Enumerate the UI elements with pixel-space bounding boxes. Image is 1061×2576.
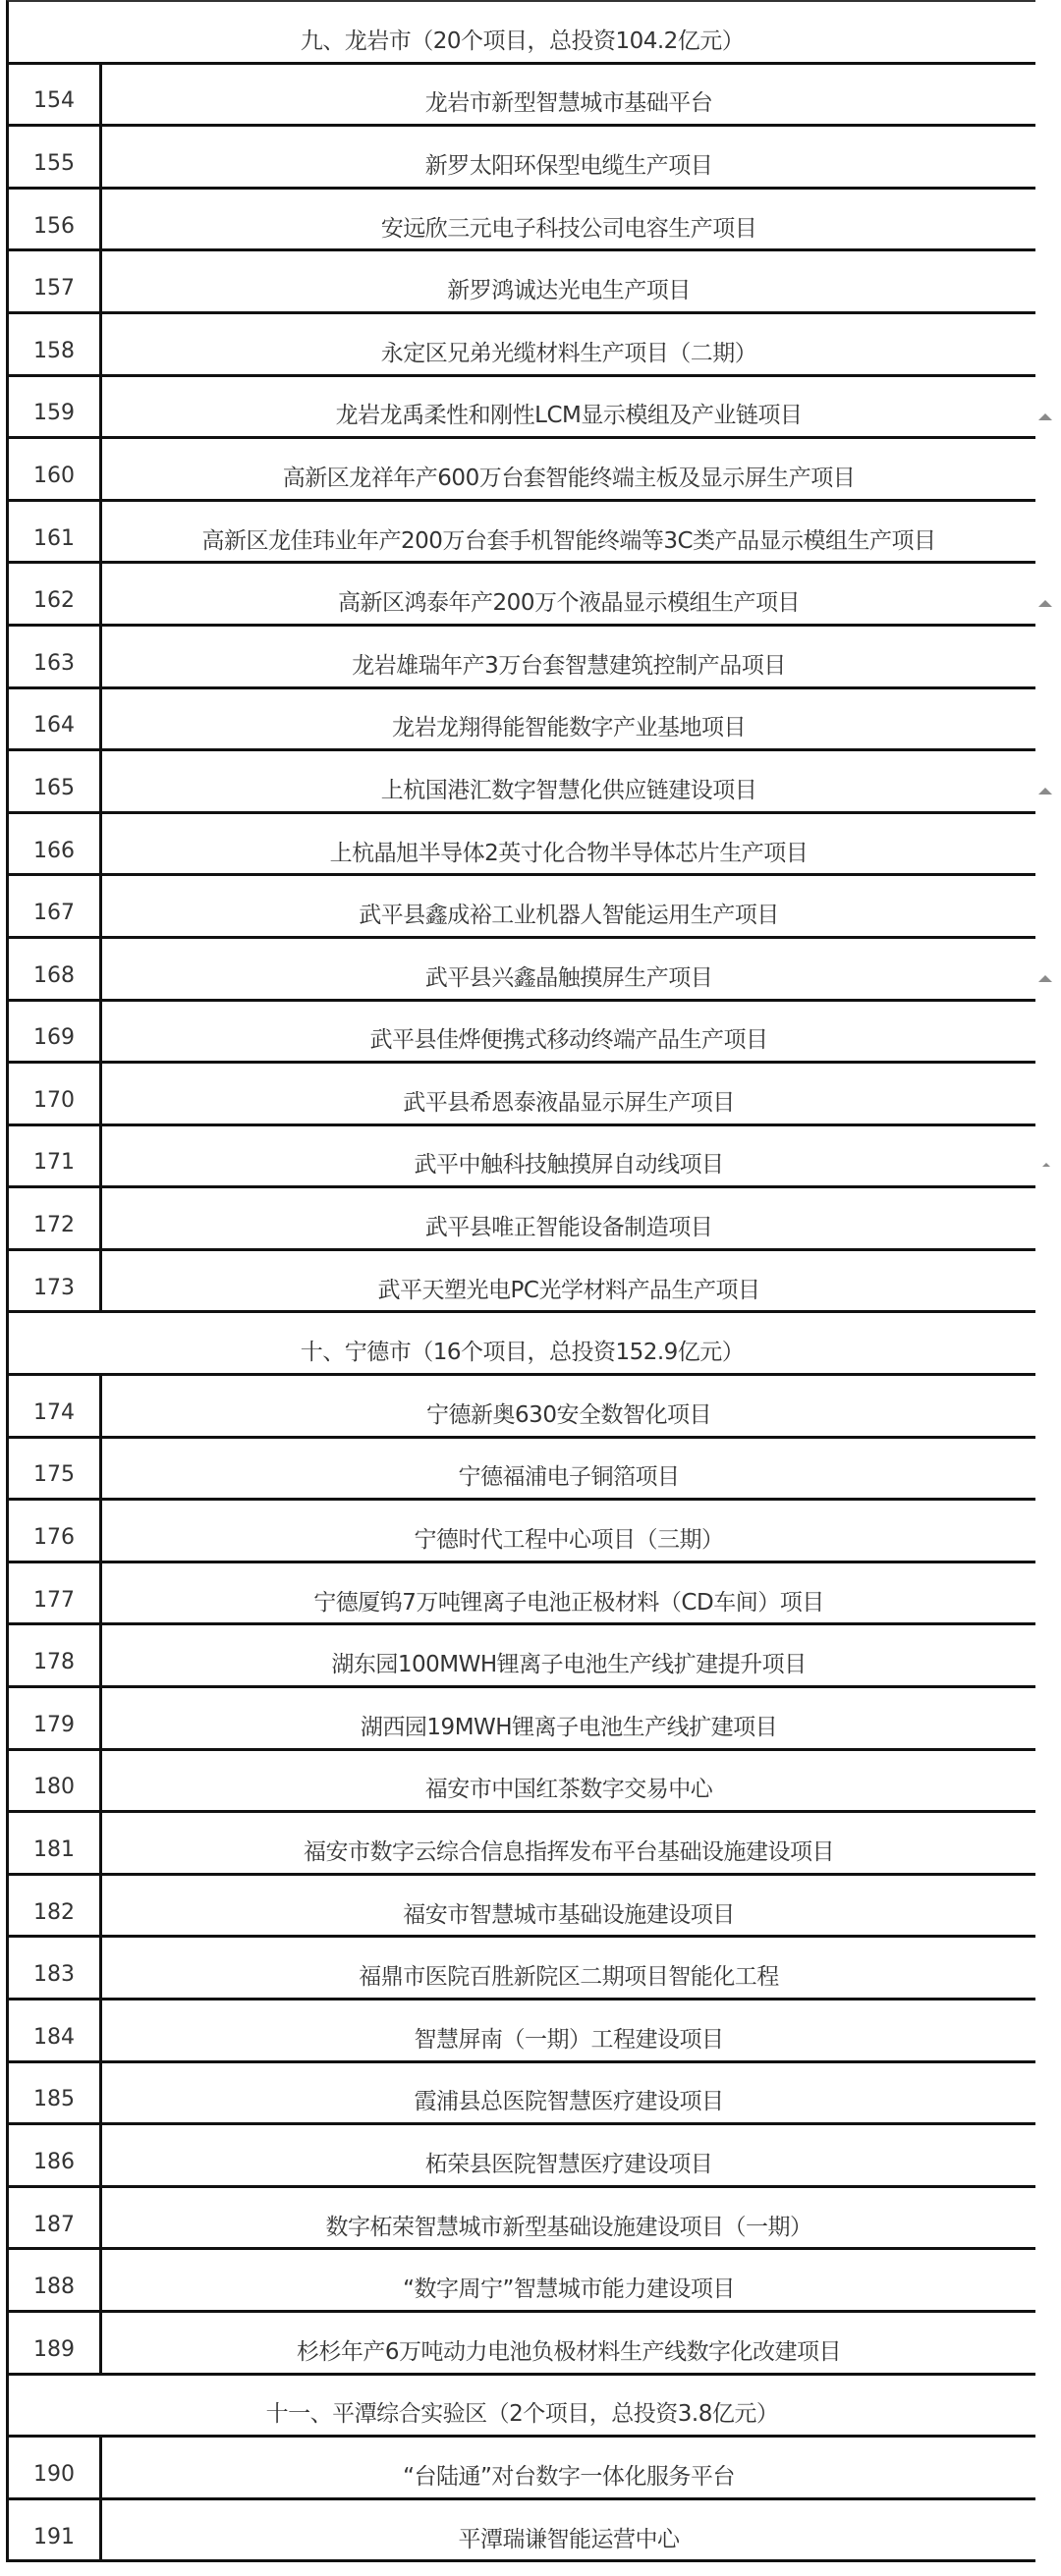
project-name: 柘荣县医院智慧医疗建设项目 (102, 2125, 1035, 2185)
project-name: “数字周宁”智慧城市能力建设项目 (102, 2250, 1035, 2310)
table-row: 155新罗太阳环保型电缆生产项目 (9, 127, 1035, 190)
project-name: 上杭晶旭半导体2英寸化合物半导体芯片生产项目 (102, 814, 1035, 874)
project-name: 高新区鸿泰年产200万个液晶显示模组生产项目 (102, 564, 1035, 624)
table-row: 176宁德时代工程中心项目（三期） (9, 1501, 1035, 1563)
table-row: 161高新区龙佳玮业年产200万台套手机智能终端等3C类产品显示模组生产项目 (9, 502, 1035, 565)
project-name: 武平县鑫成裕工业机器人智能运用生产项目 (102, 876, 1035, 936)
table-row: 165上杭国港汇数字智慧化供应链建设项目 (9, 751, 1035, 814)
project-name: 宁德福浦电子铜箔项目 (102, 1439, 1035, 1499)
row-number: 179 (9, 1688, 102, 1748)
project-name: 福鼎市医院百胜新院区二期项目智能化工程 (102, 1938, 1035, 1998)
row-number: 163 (9, 627, 102, 686)
project-name: “台陆通”对台数字一体化服务平台 (102, 2438, 1035, 2497)
row-number: 176 (9, 1501, 102, 1561)
row-number: 167 (9, 876, 102, 936)
section-header-longyan: 九、龙岩市（20个项目，总投资104.2亿元） (9, 2, 1035, 65)
project-name: 智慧屏南（一期）工程建设项目 (102, 2001, 1035, 2060)
project-name: 高新区龙佳玮业年产200万台套手机智能终端等3C类产品显示模组生产项目 (102, 502, 1035, 562)
row-number: 175 (9, 1439, 102, 1499)
project-name: 武平中触科技触摸屏自动线项目 (102, 1126, 1035, 1186)
row-number: 158 (9, 314, 102, 374)
project-name: 永定区兄弟光缆材料生产项目（二期） (102, 314, 1035, 374)
triangle-marker-icon (1038, 788, 1052, 795)
table-row: 156安远欣三元电子科技公司电容生产项目 (9, 190, 1035, 252)
table-row: 185霞浦县总医院智慧医疗建设项目 (9, 2063, 1035, 2126)
table-row: 162高新区鸿泰年产200万个液晶显示模组生产项目 (9, 564, 1035, 627)
table-row: 182福安市智慧城市基础设施建设项目 (9, 1876, 1035, 1939)
table-row: 187数字柘荣智慧城市新型基础设施建设项目（一期） (9, 2188, 1035, 2251)
table-row: 157新罗鸿诚达光电生产项目 (9, 251, 1035, 314)
table-row: 184智慧屏南（一期）工程建设项目 (9, 2001, 1035, 2063)
row-number: 182 (9, 1876, 102, 1936)
table-row: 167武平县鑫成裕工业机器人智能运用生产项目 (9, 876, 1035, 939)
section-header-ningde: 十、宁德市（16个项目，总投资152.9亿元） (9, 1313, 1035, 1376)
table-row: 189杉杉年产6万吨动力电池负极材料生产线数字化改建项目 (9, 2313, 1035, 2376)
project-name: 霞浦县总医院智慧医疗建设项目 (102, 2063, 1035, 2123)
row-number: 190 (9, 2438, 102, 2497)
row-number: 183 (9, 1938, 102, 1998)
row-number: 159 (9, 377, 102, 437)
table-row: 173武平天塑光电PC光学材料产品生产项目 (9, 1251, 1035, 1314)
project-name: 武平县希恩泰液晶显示屏生产项目 (102, 1064, 1035, 1124)
table-row: 174宁德新奥630安全数智化项目 (9, 1376, 1035, 1439)
table-row: 181福安市数字云综合信息指挥发布平台基础设施建设项目 (9, 1813, 1035, 1876)
table-row: 172武平县唯正智能设备制造项目 (9, 1188, 1035, 1251)
row-number: 165 (9, 751, 102, 811)
table-row: 171武平中触科技触摸屏自动线项目 (9, 1126, 1035, 1189)
row-number: 170 (9, 1064, 102, 1124)
table-row: 178湖东园100MWH锂离子电池生产线扩建提升项目 (9, 1625, 1035, 1688)
row-number: 177 (9, 1563, 102, 1623)
project-name: 龙岩市新型智慧城市基础平台 (102, 65, 1035, 125)
project-name: 武平县兴鑫晶触摸屏生产项目 (102, 939, 1035, 999)
project-name: 新罗鸿诚达光电生产项目 (102, 251, 1035, 311)
project-name: 宁德厦钨7万吨锂离子电池正极材料（CD车间）项目 (102, 1563, 1035, 1623)
row-number: 171 (9, 1126, 102, 1186)
table-row: 190“台陆通”对台数字一体化服务平台 (9, 2438, 1035, 2500)
row-number: 189 (9, 2313, 102, 2373)
row-number: 154 (9, 65, 102, 125)
triangle-marker-icon (1038, 600, 1052, 607)
row-number: 164 (9, 689, 102, 749)
triangle-marker-icon (1038, 413, 1052, 420)
project-name: 高新区龙祥年产600万台套智能终端主板及显示屏生产项目 (102, 439, 1035, 499)
row-number: 191 (9, 2500, 102, 2560)
project-name: 杉杉年产6万吨动力电池负极材料生产线数字化改建项目 (102, 2313, 1035, 2373)
table-row: 186柘荣县医院智慧医疗建设项目 (9, 2125, 1035, 2188)
row-number: 185 (9, 2063, 102, 2123)
project-name: 安远欣三元电子科技公司电容生产项目 (102, 190, 1035, 249)
row-number: 172 (9, 1188, 102, 1248)
table-row: 154龙岩市新型智慧城市基础平台 (9, 65, 1035, 128)
row-number: 156 (9, 190, 102, 249)
row-number: 180 (9, 1751, 102, 1811)
table-row: 175宁德福浦电子铜箔项目 (9, 1439, 1035, 1502)
project-name: 平潭瑞谦智能运营中心 (102, 2500, 1035, 2560)
row-number: 160 (9, 439, 102, 499)
project-name: 武平天塑光电PC光学材料产品生产项目 (102, 1251, 1035, 1311)
triangle-marker-icon (1042, 1163, 1050, 1167)
row-number: 166 (9, 814, 102, 874)
project-name: 上杭国港汇数字智慧化供应链建设项目 (102, 751, 1035, 811)
table-row: 169武平县佳烨便携式移动终端产品生产项目 (9, 1002, 1035, 1065)
project-name: 福安市中国红茶数字交易中心 (102, 1751, 1035, 1811)
project-name: 龙岩雄瑞年产3万台套智慧建筑控制产品项目 (102, 627, 1035, 686)
table-row: 160高新区龙祥年产600万台套智能终端主板及显示屏生产项目 (9, 439, 1035, 502)
table-row: 159龙岩龙禹柔性和刚性LCM显示模组及产业链项目 (9, 377, 1035, 440)
project-name: 数字柘荣智慧城市新型基础设施建设项目（一期） (102, 2188, 1035, 2248)
row-number: 174 (9, 1376, 102, 1436)
row-number: 184 (9, 2001, 102, 2060)
row-number: 162 (9, 564, 102, 624)
table-row: 158永定区兄弟光缆材料生产项目（二期） (9, 314, 1035, 377)
table-row: 188“数字周宁”智慧城市能力建设项目 (9, 2250, 1035, 2313)
row-number: 188 (9, 2250, 102, 2310)
project-name: 湖东园100MWH锂离子电池生产线扩建提升项目 (102, 1625, 1035, 1685)
table-row: 163龙岩雄瑞年产3万台套智慧建筑控制产品项目 (9, 627, 1035, 689)
row-number: 173 (9, 1251, 102, 1311)
row-number: 178 (9, 1625, 102, 1685)
table-row: 166上杭晶旭半导体2英寸化合物半导体芯片生产项目 (9, 814, 1035, 877)
table-row: 170武平县希恩泰液晶显示屏生产项目 (9, 1064, 1035, 1126)
row-number: 181 (9, 1813, 102, 1873)
project-name: 武平县佳烨便携式移动终端产品生产项目 (102, 1002, 1035, 1062)
row-number: 186 (9, 2125, 102, 2185)
row-number: 168 (9, 939, 102, 999)
table-row: 191平潭瑞谦智能运营中心 (9, 2500, 1035, 2563)
section-title: 十、宁德市（16个项目，总投资152.9亿元） (9, 1313, 1035, 1373)
row-number: 155 (9, 127, 102, 187)
project-name: 武平县唯正智能设备制造项目 (102, 1188, 1035, 1248)
project-name: 福安市智慧城市基础设施建设项目 (102, 1876, 1035, 1936)
row-number: 157 (9, 251, 102, 311)
project-name: 龙岩龙翔得能智能数字产业基地项目 (102, 689, 1035, 749)
project-name: 宁德新奥630安全数智化项目 (102, 1376, 1035, 1436)
triangle-marker-icon (1038, 975, 1052, 982)
row-number: 187 (9, 2188, 102, 2248)
table-row: 168武平县兴鑫晶触摸屏生产项目 (9, 939, 1035, 1002)
table-row: 183福鼎市医院百胜新院区二期项目智能化工程 (9, 1938, 1035, 2001)
project-name: 宁德时代工程中心项目（三期） (102, 1501, 1035, 1561)
section-title: 九、龙岩市（20个项目，总投资104.2亿元） (9, 2, 1035, 62)
project-table: 九、龙岩市（20个项目，总投资104.2亿元） 154龙岩市新型智慧城市基础平台… (6, 0, 1035, 2562)
table-row: 180福安市中国红茶数字交易中心 (9, 1751, 1035, 1814)
table-row: 164龙岩龙翔得能智能数字产业基地项目 (9, 689, 1035, 752)
project-name: 福安市数字云综合信息指挥发布平台基础设施建设项目 (102, 1813, 1035, 1873)
table-row: 179湖西园19MWH锂离子电池生产线扩建项目 (9, 1688, 1035, 1751)
row-number: 169 (9, 1002, 102, 1062)
project-name: 龙岩龙禹柔性和刚性LCM显示模组及产业链项目 (102, 377, 1035, 437)
project-name: 新罗太阳环保型电缆生产项目 (102, 127, 1035, 187)
row-number: 161 (9, 502, 102, 562)
table-row: 177宁德厦钨7万吨锂离子电池正极材料（CD车间）项目 (9, 1563, 1035, 1626)
section-title: 十一、平潭综合实验区（2个项目，总投资3.8亿元） (9, 2376, 1035, 2436)
project-name: 湖西园19MWH锂离子电池生产线扩建项目 (102, 1688, 1035, 1748)
section-header-pingtan: 十一、平潭综合实验区（2个项目，总投资3.8亿元） (9, 2376, 1035, 2439)
